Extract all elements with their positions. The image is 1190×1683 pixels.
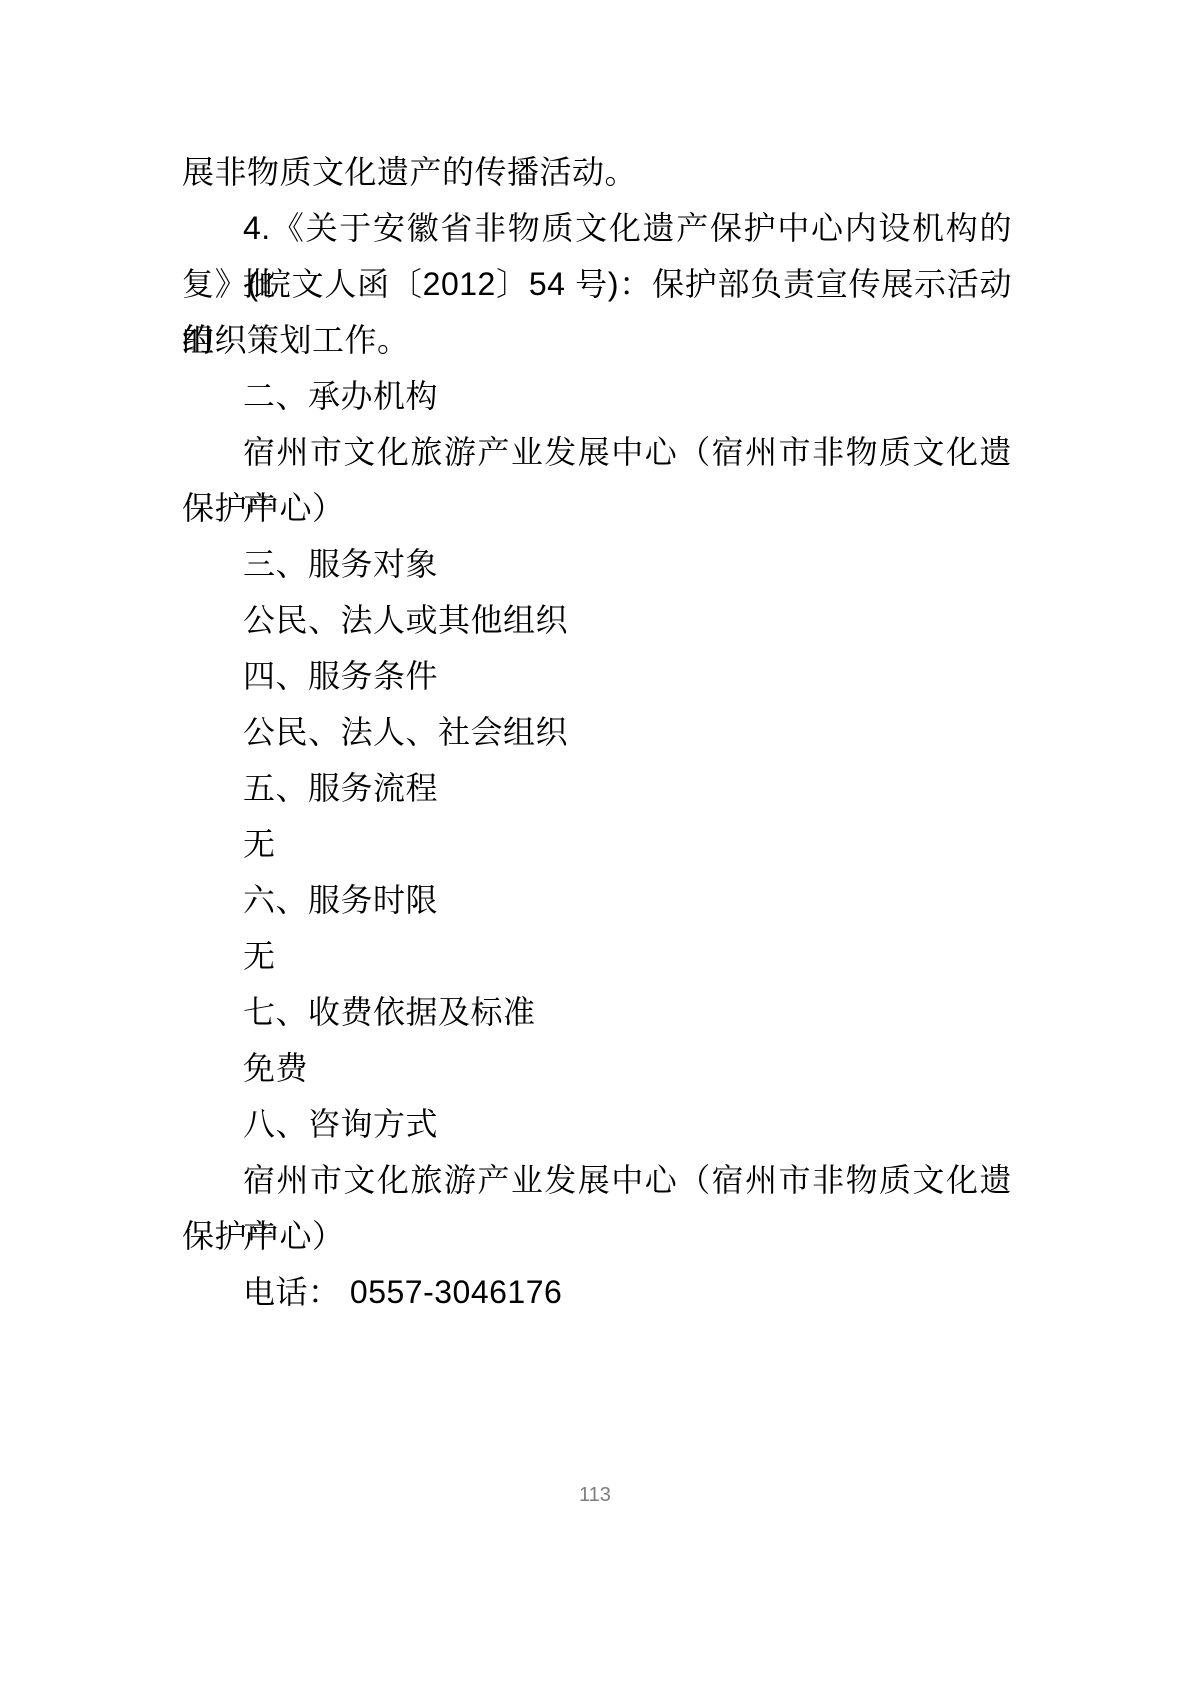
page-number: 113 (0, 1483, 1190, 1507)
text-line: 保护中心） (182, 1208, 1012, 1264)
section-heading: 八、咨询方式 (182, 1096, 1012, 1152)
section-heading: 五、服务流程 (182, 760, 1012, 816)
text-line: 复》(皖文人函〔2012〕54 号)：保护部负责宣传展示活动的 (182, 256, 1012, 312)
text-line: 免费 (182, 1040, 1012, 1096)
text-line: 4.《关于安徽省非物质文化遗产保护中心内设机构的批 (182, 200, 1012, 256)
text-line: 展非物质文化遗产的传播活动。 (182, 144, 1012, 200)
section-heading: 二、承办机构 (182, 368, 1012, 424)
document-body: 展非物质文化遗产的传播活动。 4.《关于安徽省非物质文化遗产保护中心内设机构的批… (182, 144, 1012, 1320)
section-heading: 三、服务对象 (182, 536, 1012, 592)
section-heading: 七、收费依据及标准 (182, 984, 1012, 1040)
text-line: 宿州市文化旅游产业发展中心（宿州市非物质文化遗产 (182, 1152, 1012, 1208)
text-line: 公民、法人或其他组织 (182, 592, 1012, 648)
text-line: 无 (182, 816, 1012, 872)
text-line: 宿州市文化旅游产业发展中心（宿州市非物质文化遗产 (182, 424, 1012, 480)
text-line: 公民、法人、社会组织 (182, 704, 1012, 760)
document-page: 展非物质文化遗产的传播活动。 4.《关于安徽省非物质文化遗产保护中心内设机构的批… (0, 0, 1190, 1683)
section-heading: 六、服务时限 (182, 872, 1012, 928)
text-line: 保护中心） (182, 480, 1012, 536)
section-heading: 四、服务条件 (182, 648, 1012, 704)
phone-line: 电话： 0557-3046176 (182, 1264, 1012, 1320)
text-line: 无 (182, 928, 1012, 984)
text-line: 组织策划工作。 (182, 312, 1012, 368)
